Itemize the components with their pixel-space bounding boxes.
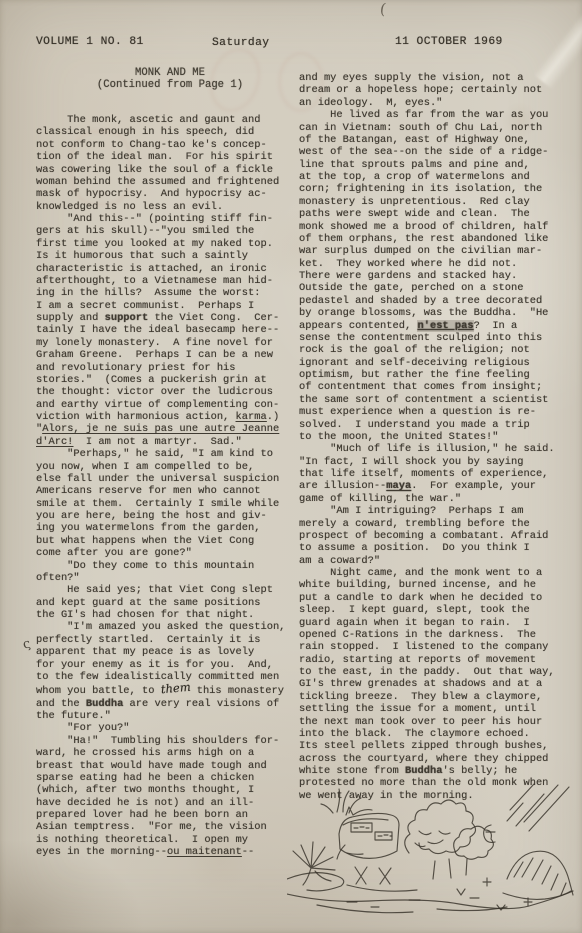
- text-line: the same sort of contentment a scientist: [299, 394, 575, 406]
- text-line: woman behind the assumed and frightened: [36, 176, 300, 188]
- text-line: put a candle to dark when he decided to: [299, 592, 575, 604]
- text-line: ward, he crossed his arms high on a: [36, 747, 300, 759]
- text-line: at the top, a crop of watermelons and: [299, 171, 575, 183]
- text-line: and the Buddha are very real visions of: [36, 698, 300, 710]
- text-line: often?": [36, 572, 300, 584]
- bush-right: [454, 826, 494, 859]
- text-line: monastery is unpretentious. Red clay: [299, 196, 575, 208]
- text-line: ket. They worked where he did not.: [299, 258, 575, 270]
- rain-lines: [507, 784, 569, 831]
- text-line: is nothing theoretical. I open my: [36, 834, 300, 846]
- text-line: have decided he is not) and an ill-: [36, 797, 300, 809]
- text-line: The monk, ascetic and gaunt and: [36, 114, 300, 126]
- bush-center: [405, 800, 476, 854]
- text-line: am a coward?": [299, 555, 575, 567]
- text-line: stories." (Comes a puckerish grin at: [36, 374, 300, 386]
- text-line: He lived as far from the war as you: [299, 109, 575, 121]
- text-line: must experience when a question is re-: [299, 406, 575, 418]
- text-line: come after you are gone?": [36, 547, 300, 559]
- text-line: Night came, and the monk went to a: [299, 567, 575, 579]
- text-line: to the moon, the United States!": [299, 431, 575, 443]
- text-line: line that sprouts palms and pine and,: [299, 159, 575, 171]
- text-line: afterthought, to a Vietnamese man hid-: [36, 275, 300, 287]
- hand-drawn-sketch: [287, 781, 575, 931]
- text-line: perfectly startled. Certainly it is: [36, 634, 300, 646]
- text-line: you are here, being the host and giv-: [36, 510, 300, 522]
- text-line: Is it humorous that such a saintly: [36, 250, 300, 262]
- text-line: mask of hypocrisy. And hypocrisy ac-: [36, 188, 300, 200]
- text-line: I am a secret communist. Perhaps I: [36, 300, 300, 312]
- text-line: "Am I intriguing? Perhaps I am: [299, 505, 575, 517]
- text-line: apparent that my peace is as lovely: [36, 646, 300, 658]
- text-line: white stone from Buddha's belly; he: [299, 765, 575, 777]
- text-line: an ideology. M, eyes.": [299, 97, 575, 109]
- text-line: appears contented, n'est pas? In a: [299, 320, 575, 332]
- text-line: "Much of life is illusion," he said.: [299, 443, 575, 455]
- text-line: that life itself, moments of experience,: [299, 468, 575, 480]
- newsletter-page: VOLUME 1 NO. 81 Saturday 11 OCTOBER 1969…: [0, 0, 582, 933]
- text-line: Graham Greene. Perhaps I can be a new: [36, 349, 300, 361]
- text-line: the future.": [36, 710, 300, 722]
- rock-hatching: [514, 858, 566, 895]
- text-line: and earthy virtue of complementing con-: [36, 399, 300, 411]
- text-line: settling the issue for a moment, until: [299, 703, 575, 715]
- text-line: tickling breeze. They blew a claymore,: [299, 691, 575, 703]
- text-line: the GI's had chosen for that night.: [36, 609, 300, 621]
- text-line: knowledged is no less an evil.: [36, 201, 300, 213]
- text-line: There were gardens and stacked hay.: [299, 270, 575, 282]
- volume-number: VOLUME 1 NO. 81: [36, 36, 144, 48]
- right-text-column: and my eyes supply the vision, not adrea…: [299, 72, 575, 802]
- text-line: GI's threw grenades at shadows and at a: [299, 678, 575, 690]
- text-line: and revolutionary priest for his: [36, 362, 300, 374]
- text-line: sense the contentment sculped into this: [299, 332, 575, 344]
- text-line: but what happens when the Viet Cong: [36, 535, 300, 547]
- text-line: first time you looked at my naked top.: [36, 238, 300, 250]
- text-line: war surplus dumped on the civilian mar-: [299, 245, 575, 257]
- text-line: corn; frightening in its isolation, the: [299, 183, 575, 195]
- ground-line: [317, 905, 507, 913]
- text-line: smile at them. Certainly I smile while: [36, 498, 300, 510]
- text-line: are illusion--maya. For example, your: [299, 480, 575, 492]
- text-line: He said yes; that Viet Cong slept: [36, 584, 300, 596]
- text-line: "I'm amazed you asked the question,: [36, 621, 300, 633]
- grass-tuft-top: [321, 789, 372, 815]
- article-title-block: MONK AND ME (Continued from Page 1): [36, 67, 304, 92]
- ground-line: [287, 873, 573, 909]
- article-continued-note: (Continued from Page 1): [36, 79, 304, 91]
- text-line: ing you watermelons from the garden,: [36, 522, 300, 534]
- text-line: sparse eating had he been a chicken: [36, 772, 300, 784]
- text-line: viction with harmonious action, karma.): [36, 411, 300, 423]
- text-line: guard again when it began to rain. I: [299, 617, 575, 629]
- text-line: prepared lover had he been born an: [36, 809, 300, 821]
- text-line: of them orphans, the rest abandoned like: [299, 233, 575, 245]
- text-line: "For you?": [36, 722, 300, 734]
- text-line: optimism, but rather the fine feeling: [299, 369, 575, 381]
- text-line: Americans reserve for men who cannot: [36, 485, 300, 497]
- rock-base: [503, 891, 571, 899]
- text-line: Asian temptress. "For me, the vision: [36, 821, 300, 833]
- text-line: was cowering like the soul of a fickle: [36, 164, 300, 176]
- text-line: my lonely monastery. A fine novel for: [36, 337, 300, 349]
- day-of-week: Saturday: [212, 37, 269, 49]
- text-line: prospect of becoming a combatant. Afraid: [299, 530, 575, 542]
- text-line: rain stopped. I listened to the company: [299, 641, 575, 653]
- text-line: "And this--" (pointing stiff fin-: [36, 213, 300, 225]
- text-line: Outside the gate, perched on a stone: [299, 282, 575, 294]
- text-line: to assume a position. Do you think I: [299, 542, 575, 554]
- text-line: monk showed me a brood of children, half: [299, 221, 575, 233]
- text-line: breast that would have made tough and: [36, 760, 300, 772]
- text-line: ignorant and self-deceiving religious: [299, 357, 575, 369]
- text-line: to the east, in the paddy. Out that way,: [299, 666, 575, 678]
- text-line: dream or a hopeless hope; certainly not: [299, 84, 575, 96]
- text-line: d'Arc! I am not a martyr. Sad.": [36, 436, 300, 448]
- text-line: and my eyes supply the vision, not a: [299, 72, 575, 84]
- bush-trunks: [433, 859, 467, 879]
- text-line: of the Batangan, east of Highway One,: [299, 134, 575, 146]
- text-line: merely a coward, trembling before the: [299, 518, 575, 530]
- text-line: else fall under the universal suspicion: [36, 473, 300, 485]
- frame-legs: [347, 867, 417, 891]
- text-line: tion of the ideal man. For his spirit: [36, 151, 300, 163]
- left-text-column: The monk, ascetic and gaunt andclassical…: [36, 114, 300, 859]
- text-line: "In fact, I will shock you by saying: [299, 456, 575, 468]
- text-line: opened C-Rations in the darkness. The: [299, 629, 575, 641]
- text-line: "Do they come to this mountain: [36, 560, 300, 572]
- text-line: "Ha!" Tumbling his shoulders for-: [36, 735, 300, 747]
- text-line: the thought: victor over the ludicrous: [36, 386, 300, 398]
- text-line: "Alors, je ne suis pas une autre Jeanne: [36, 423, 300, 435]
- text-line: radio, starting at reports of movement: [299, 654, 575, 666]
- bush-scribble: [415, 831, 450, 847]
- rucksack-label-patch: [351, 823, 392, 840]
- text-line: and kept guard at the same positions: [36, 597, 300, 609]
- text-line: by orange blossoms, was the Buddha. "He: [299, 307, 575, 319]
- handwritten-top-mark: (: [379, 0, 387, 18]
- text-line: tainly I have the ideal basecamp here--: [36, 324, 300, 336]
- text-line: you now, when I am compelled to be,: [36, 461, 300, 473]
- text-line: game of killing, the war.": [299, 493, 575, 505]
- text-line: classical enough in his speech, did: [36, 126, 300, 138]
- text-line: sleep. I kept guard, slept, took the: [299, 604, 575, 616]
- handwritten-margin-mark: ς: [21, 636, 32, 652]
- text-line: whom you battle, to them this monastery: [36, 683, 300, 697]
- text-line: "Perhaps," he said, "I am kind to: [36, 448, 300, 460]
- text-line: west of the sea--on the side of a ridge-: [299, 146, 575, 158]
- text-line: solved. I understand you made a trip: [299, 419, 575, 431]
- text-line: the next man took over to peer his hour: [299, 716, 575, 728]
- text-line: (which, after two months thought, I: [36, 784, 300, 796]
- text-line: characteristic is attached, an ironic: [36, 263, 300, 275]
- text-line: supply and support the Viet Cong. Cer-: [36, 312, 300, 324]
- text-line: for your enemy as it is for you. And,: [36, 659, 300, 671]
- text-line: pedastel and shaded by a tree decorated: [299, 295, 575, 307]
- text-line: Its steel pellets zipped through bushes,: [299, 740, 575, 752]
- text-line: across the courtyard, where they chipped: [299, 753, 575, 765]
- article-title: MONK AND ME: [36, 67, 304, 79]
- text-line: not conform to Chang-tao ke's concep-: [36, 139, 300, 151]
- grass-tuft-left: [293, 842, 335, 885]
- text-line: of contentment that comes from insight;: [299, 381, 575, 393]
- text-line: ing in the hills? Assume the worst:: [36, 287, 300, 299]
- c-squiggle: [484, 825, 495, 842]
- text-line: gers at his skull)--"you smiled the: [36, 225, 300, 237]
- text-line: eyes in the morning--ou maitenant--: [36, 846, 300, 858]
- text-line: paths were swept wide and clean. The: [299, 208, 575, 220]
- text-line: can in Vietnam: south of Chu Lai, north: [299, 122, 575, 134]
- text-line: rock is the goal of the religion; not: [299, 344, 575, 356]
- text-line: into the black. The claymore echoed.: [299, 728, 575, 740]
- text-line: white building, burned incense, and he: [299, 579, 575, 591]
- issue-date: 11 OCTOBER 1969: [395, 36, 503, 48]
